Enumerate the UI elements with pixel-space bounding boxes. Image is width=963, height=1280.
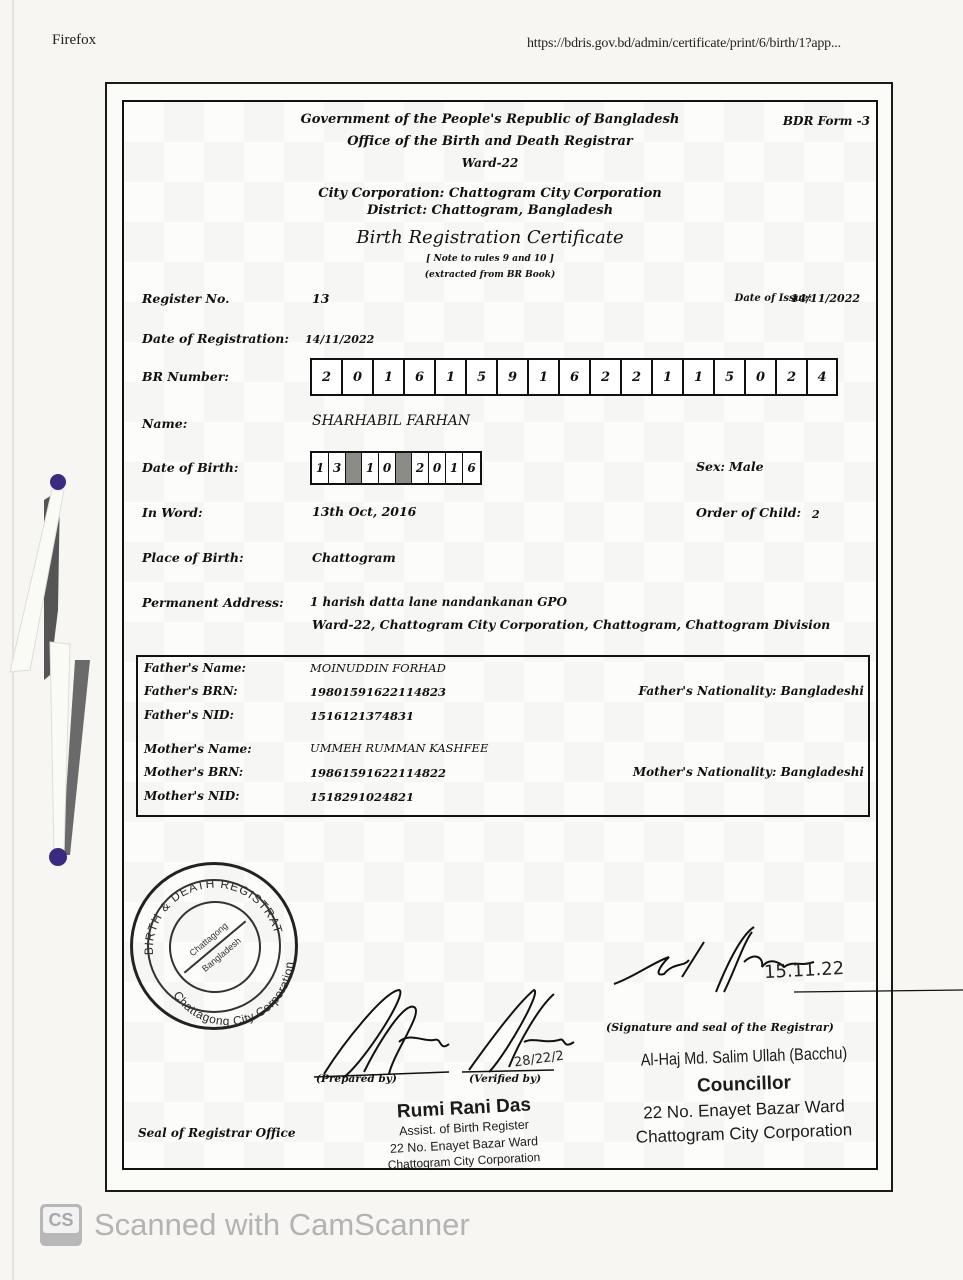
dob-month-digit: 1 [362, 453, 379, 483]
father-nid: 1516121374831 [310, 709, 414, 723]
mother-nationality-value: Bangladeshi [781, 765, 864, 779]
br-digit: 1 [436, 360, 467, 394]
registrar-title: Councillor [624, 1070, 865, 1100]
place-of-birth-label: Place of Birth: [142, 550, 244, 565]
sex-value: Male [729, 459, 764, 474]
browser-url: https://bdris.gov.bd/admin/certificate/p… [527, 36, 841, 52]
header-note: [ Note to rules 9 and 10 ] [114, 254, 866, 264]
father-nationality-value: Bangladeshi [781, 684, 864, 698]
place-of-birth-value: Chattogram [312, 550, 396, 565]
mother-nationality-label: Mother's Nationality: [633, 765, 777, 779]
br-digit: 1 [374, 360, 405, 394]
register-no-label: Register No. [142, 291, 229, 306]
br-digit: 1 [653, 360, 684, 394]
mother-name: UMMEH RUMMAN KASHFEE [310, 741, 488, 755]
order-of-child-label: Order of Child: [696, 505, 801, 520]
header-extract-note: (extracted from BR Book) [114, 270, 866, 280]
father-nationality-label: Father's Nationality: [638, 684, 776, 698]
br-digit: 5 [467, 360, 498, 394]
br-digit: 4 [808, 360, 836, 394]
registration-seal: BIRTH & DEATH REGISTRATION Chattagong Ci… [130, 862, 298, 1030]
father-name: MOINUDDIN FORHAD [310, 661, 446, 675]
dob-year-digit: 1 [446, 453, 463, 483]
br-number-label: BR Number: [142, 369, 229, 384]
permanent-address-label: Permanent Address: [142, 595, 284, 610]
address-line-2: Ward-22, Chattogram City Corporation, Ch… [312, 617, 830, 632]
date-of-registration-label: Date of Registration: [142, 331, 289, 346]
header-office: Office of the Birth and Death Registrar [114, 134, 866, 149]
mother-nid-label: Mother's NID: [144, 789, 240, 803]
br-digit: 1 [529, 360, 560, 394]
br-digit: 9 [498, 360, 529, 394]
registrar-date: 15.11.22 [764, 958, 845, 983]
br-digit: 5 [715, 360, 746, 394]
br-digit: 6 [560, 360, 591, 394]
br-digit: 1 [684, 360, 715, 394]
certificate-title: Birth Registration Certificate [114, 227, 866, 248]
camscanner-watermark: CS Scanned with CamScanner [40, 1204, 470, 1246]
mother-brn-label: Mother's BRN: [144, 765, 243, 779]
verified-by-label: (Verified by) [469, 1073, 541, 1085]
br-digit: 2 [777, 360, 808, 394]
parents-section: Father's Name: MOINUDDIN FORHAD Father's… [136, 655, 870, 817]
br-digit: 2 [312, 360, 343, 394]
mother-nid: 1518291024821 [310, 790, 414, 804]
dob-year-digit: 2 [412, 453, 429, 483]
br-digit: 6 [405, 360, 436, 394]
prepared-by-label: (Prepared by) [316, 1073, 397, 1085]
sex-label: Sex: [696, 459, 725, 474]
father-brn-label: Father's BRN: [144, 684, 238, 698]
camscanner-text: Scanned with CamScanner [94, 1207, 470, 1243]
father-nationality: Father's Nationality: Bangladeshi [638, 684, 864, 698]
dob-separator [396, 453, 412, 483]
registrar-caption: (Signature and seal of the Registrar) [606, 1021, 834, 1034]
dob-year-digit: 0 [429, 453, 446, 483]
father-nid-label: Father's NID: [144, 708, 234, 722]
header-district: District: Chattogram, Bangladesh [114, 203, 866, 218]
in-word-label: In Word: [142, 505, 203, 520]
dob-month-digit: 0 [379, 453, 396, 483]
father-brn: 19801591622114823 [310, 685, 446, 699]
in-word-value: 13th Oct, 2016 [312, 504, 416, 519]
name-label: Name: [142, 416, 187, 431]
order-of-child-value: 2 [812, 508, 820, 521]
header-ward: Ward-22 [114, 156, 866, 170]
dob-day-digit: 1 [312, 453, 329, 483]
address-line-1: 1 harish datta lane nandankanan GPO [310, 595, 567, 609]
mother-name-label: Mother's Name: [144, 742, 252, 756]
br-digit: 2 [622, 360, 653, 394]
br-number-boxes: 20161591622115024 [310, 358, 838, 396]
dob-separator [346, 453, 362, 483]
dob-boxes: 13102016 [310, 451, 482, 485]
mother-brn: 19861591622114822 [310, 766, 446, 780]
seal-of-registrar-office-label: Seal of Registrar Office [138, 1126, 296, 1140]
dob-year-digit: 6 [463, 453, 480, 483]
binder-clip-icon [0, 460, 100, 870]
father-name-label: Father's Name: [144, 661, 246, 675]
registrar-org: Chattogram City Corporation [614, 1119, 875, 1148]
camscanner-logo-icon: CS [40, 1204, 82, 1246]
date-of-registration-value: 14/11/2022 [305, 333, 374, 346]
br-digit: 0 [343, 360, 374, 394]
br-digit: 2 [591, 360, 622, 394]
browser-app-name: Firefox [52, 32, 96, 49]
dob-label: Date of Birth: [142, 460, 238, 475]
mother-nationality: Mother's Nationality: Bangladeshi [633, 765, 864, 779]
dob-day-digit: 3 [329, 453, 346, 483]
registrar-name: Al-Haj Md. Salim Ullah (Bacchu) [633, 1043, 855, 1071]
certificate: Government of the People's Republic of B… [122, 100, 878, 1170]
header-city-corporation: City Corporation: Chattogram City Corpor… [114, 186, 866, 201]
form-number: BDR Form -3 [783, 114, 870, 128]
header-government: Government of the People's Republic of B… [114, 112, 866, 127]
date-of-issue-value: 14/11/2022 [791, 292, 860, 305]
register-no-value: 13 [312, 291, 329, 306]
child-name: SHARHABIL FARHAN [312, 413, 470, 429]
br-digit: 0 [746, 360, 777, 394]
